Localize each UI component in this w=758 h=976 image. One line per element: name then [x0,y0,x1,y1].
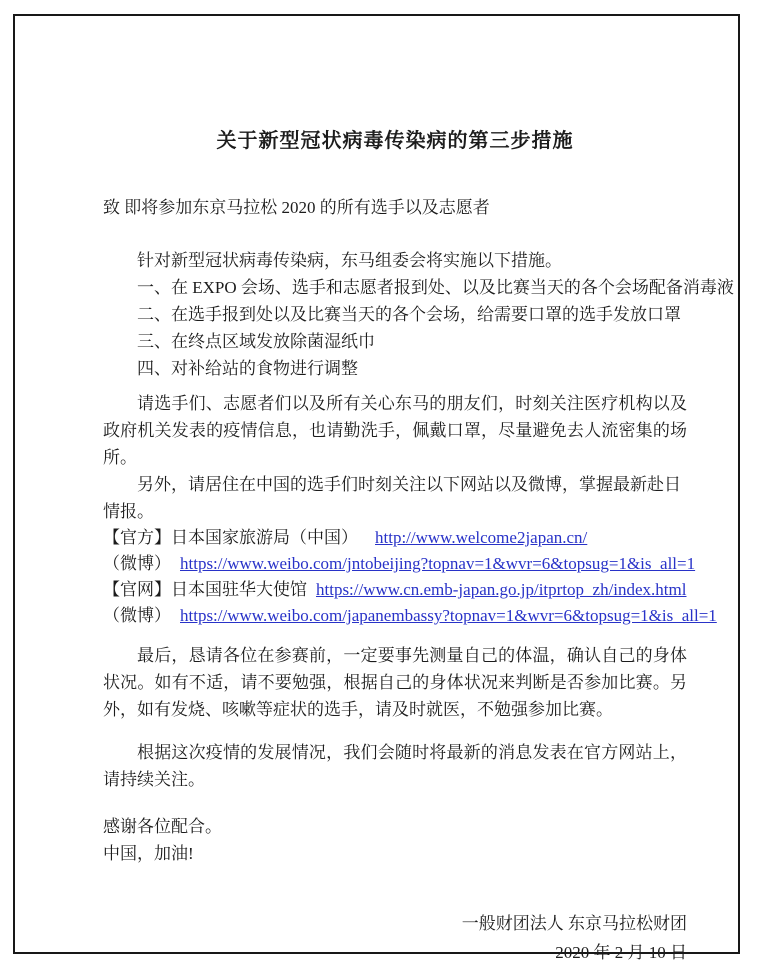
link-jnto-weibo[interactable]: https://www.weibo.com/jntobeijing?topnav… [180,554,695,573]
measure-item-4: 四、对补给站的食物进行调整 [103,355,687,382]
signature-date: 2020 年 2 月 10 日 [103,938,687,967]
final-advice-paragraph: 最后，恳请各位在参赛前，一定要事先测量自己的体温，确认自己的身体状况。如有不适，… [103,642,687,723]
thanks-line: 感谢各位配合。 [103,813,687,840]
update-note-paragraph: 根据这次疫情的发展情况，我们会随时将最新的消息发表在官方网站上，请持续关注。 [103,739,687,793]
measures-list: 一、在 EXPO 会场、选手和志愿者报到处、以及比赛当天的各个会场配备消毒液 二… [103,274,687,382]
document-title: 关于新型冠状病毒传染病的第三步措施 [103,128,687,155]
document-page: 关于新型冠状病毒传染病的第三步措施 致 即将参加东京马拉松 2020 的所有选手… [13,14,740,954]
advice-paragraph: 请选手们、志愿者们以及所有关心东马的朋友们，时刻关注医疗机构以及政府机关发表的疫… [103,390,687,471]
salutation-line: 致 即将参加东京马拉松 2020 的所有选手以及志愿者 [103,194,687,221]
link-line-official-site: 【官方】日本国家旅游局（中国）http://www.welcome2japan.… [103,525,687,551]
link-label-embassy: 【官网】日本国驻华大使馆 [103,580,307,599]
measure-item-1: 一、在 EXPO 会场、选手和志愿者报到处、以及比赛当天的各个会场配备消毒液 [103,274,687,301]
measure-item-2: 二、在选手报到处以及比赛当天的各个会场，给需要口罩的选手发放口罩 [103,301,687,328]
measure-item-3: 三、在终点区域发放除菌湿纸巾 [103,328,687,355]
signature-org: 一般财团法人 东京马拉松财团 [103,909,687,938]
link-label-weibo-2: （微博） [103,606,171,625]
cheer-line: 中国，加油! [103,840,687,867]
link-embassy-weibo[interactable]: https://www.weibo.com/japanembassy?topna… [180,606,717,625]
link-line-embassy-weibo: （微博）https://www.weibo.com/japanembassy?t… [103,603,687,629]
link-welcome2japan[interactable]: http://www.welcome2japan.cn/ [375,528,587,547]
link-line-embassy-site: 【官网】日本国驻华大使馆https://www.cn.emb-japan.go.… [103,577,687,603]
intro-paragraph: 针对新型冠状病毒传染病，东马组委会将实施以下措施。 [103,247,687,274]
document-background: { "page": { "title": "关于新型冠状病毒传染病的第三步措施"… [0,0,758,976]
link-line-jnto-weibo: （微博）https://www.weibo.com/jntobeijing?to… [103,551,687,577]
signature-block: 一般财团法人 东京马拉松财团 2020 年 2 月 10 日 [103,909,687,967]
official-links-block: 【官方】日本国家旅游局（中国）http://www.welcome2japan.… [103,525,687,629]
link-label-weibo-1: （微博） [103,554,171,573]
china-note-line: 另外，请居住在中国的选手们时刻关注以下网站以及微博，掌握最新赴日情报。 [103,471,687,525]
link-embassy-site[interactable]: https://www.cn.emb-japan.go.jp/itprtop_z… [316,580,686,599]
link-label-official: 【官方】日本国家旅游局（中国） [103,528,358,547]
